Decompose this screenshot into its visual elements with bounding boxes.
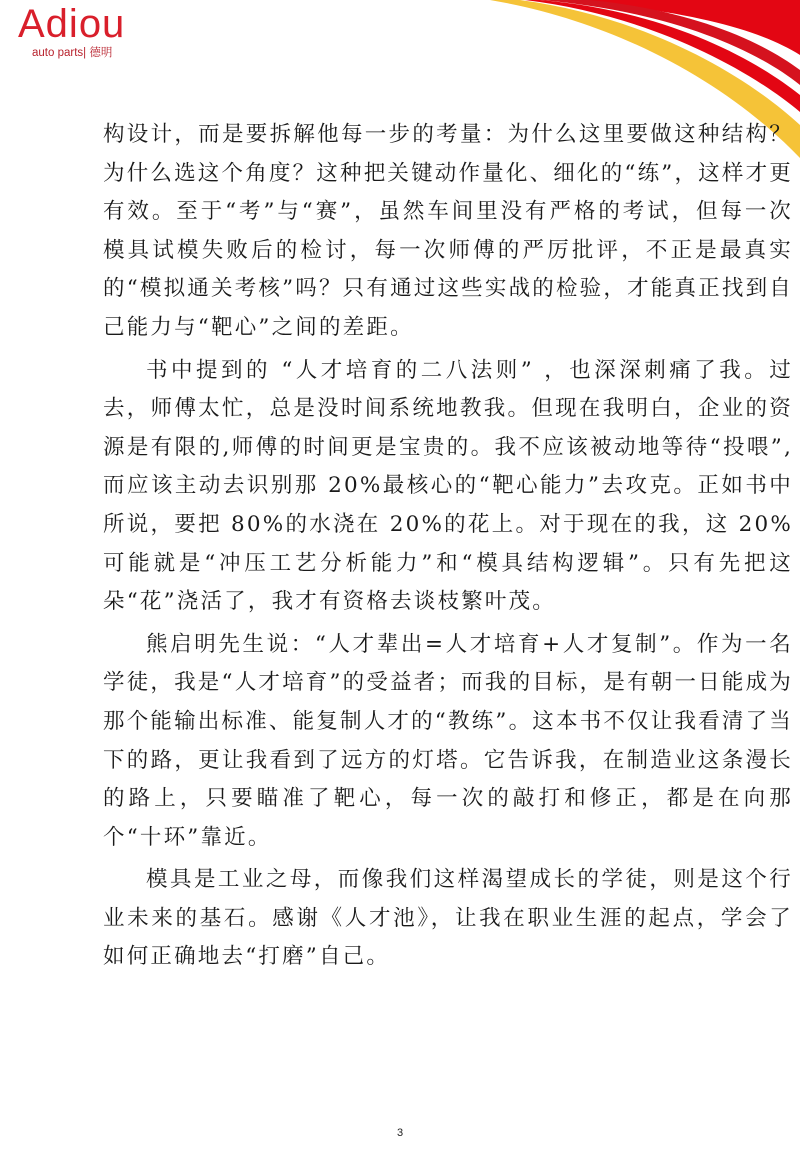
paragraph-4: 模具是工业之母，而像我们这样渴望成长的学徒，则是这个行业未来的基石。感谢《人才池… (103, 861, 793, 977)
logo-wordmark: Adiou (18, 2, 125, 46)
page-number: 3 (0, 1127, 800, 1139)
paragraph-1: 构设计，而是要拆解他每一步的考量：为什么这里要做这种结构？为什么选这个角度？这种… (103, 116, 793, 348)
paragraph-2: 书中提到的 “人才培育的二八法则” ，也深深刺痛了我。过去，师傅太忙，总是没时间… (103, 352, 793, 622)
logo-tagline: auto parts| 德明 (32, 46, 112, 60)
company-logo: Adiou auto parts| 德明 (12, 2, 192, 62)
paragraph-3: 熊启明先生说：“人才辈出=人才培育+人才复制”。作为一名学徒，我是“人才培育”的… (103, 626, 793, 858)
document-body: 构设计，而是要拆解他每一步的考量：为什么这里要做这种结构？为什么选这个角度？这种… (103, 116, 793, 977)
